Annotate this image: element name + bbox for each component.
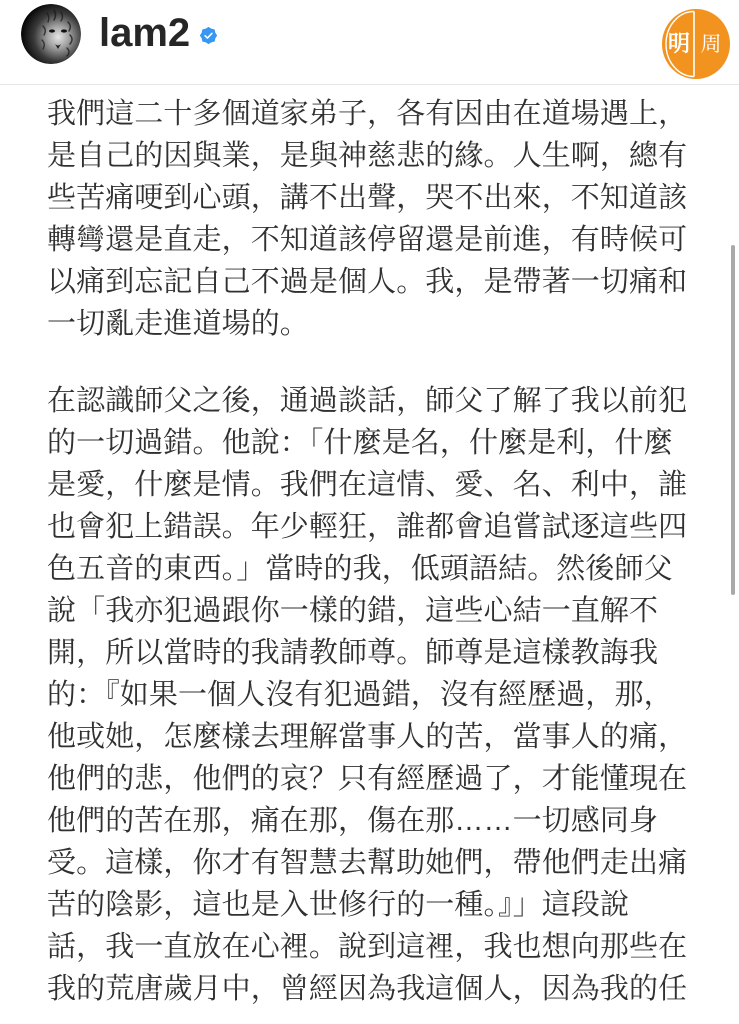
avatar[interactable] [21, 4, 81, 64]
scrollbar-thumb[interactable] [731, 245, 735, 595]
caption-line: 一切亂走進道場的。 [47, 303, 687, 345]
caption-line: 的一切過錯。他說：「什麼是名，什麼是利，什麼 [47, 422, 687, 464]
caption-line: 在認識師父之後，通過談話，師父了解了我以前犯 [47, 380, 687, 422]
caption-line: 開，所以當時的我請教師尊。師尊是這樣教誨我 [47, 632, 687, 674]
verified-badge-icon [200, 27, 217, 44]
instagram-post-view: lam2 明 周 我們這二十多個道家弟子，各有因由在道場遇上， 是自己的因與業，… [0, 0, 739, 1024]
caption-line: 他或她，怎麼樣去理解當事人的苦，當事人的痛， [47, 716, 687, 758]
caption-line: 色五音的東西。」當時的我，低頭語結。然後師父 [47, 548, 687, 590]
brand-watermark-logo: 明 周 [662, 9, 730, 79]
logo-char-right: 周 [701, 33, 722, 56]
caption-line: 他們的苦在那，痛在那，傷在那……一切感同身 [47, 800, 687, 842]
caption-line: 苦的陰影，這也是入世修行的一種。』」這段說 [47, 884, 687, 926]
post-caption: 我們這二十多個道家弟子，各有因由在道場遇上， 是自己的因與業，是與神慈悲的緣。人… [47, 93, 687, 1010]
caption-line: 他們的悲，他們的哀？只有經歷過了，才能懂現在 [47, 758, 687, 800]
header-divider [0, 84, 739, 85]
logo-char-left: 明 [668, 31, 690, 56]
caption-line: 些苦痛哽到心頭，講不出聲，哭不出來，不知道該 [47, 177, 687, 219]
username[interactable]: lam2 [99, 13, 190, 53]
caption-line: 我們這二十多個道家弟子，各有因由在道場遇上， [47, 93, 687, 135]
caption-line: 我的荒唐歲月中，曾經因為我這個人，因為我的任 [47, 968, 687, 1010]
caption-line: 也會犯上錯誤。年少輕狂，誰都會追嘗試逐這些四 [47, 506, 687, 548]
caption-line: 話，我一直放在心裡。說到這裡，我也想向那些在 [47, 926, 687, 968]
tiger-avatar-icon [21, 4, 81, 64]
caption-line: 是自己的因與業，是與神慈悲的緣。人生啊，總有 [47, 135, 687, 177]
caption-paragraph-2: 在認識師父之後，通過談話，師父了解了我以前犯 的一切過錯。他說：「什麼是名，什麼… [47, 380, 687, 1010]
caption-line: 轉彎還是直走，不知道該停留還是前進，有時候可 [47, 219, 687, 261]
caption-line: 的：『如果一個人沒有犯過錯，沒有經歷過，那， [47, 674, 687, 716]
caption-line: 以痛到忘記自己不過是個人。我，是帶著一切痛和 [47, 261, 687, 303]
caption-line: 是愛，什麼是情。我們在這情、愛、名、利中，誰 [47, 464, 687, 506]
caption-line: 受。這樣，你才有智慧去幫助她們，帶他們走出痛 [47, 842, 687, 884]
caption-paragraph-1: 我們這二十多個道家弟子，各有因由在道場遇上， 是自己的因與業，是與神慈悲的緣。人… [47, 93, 687, 345]
caption-line: 說「我亦犯過跟你一樣的錯，這些心結一直解不 [47, 590, 687, 632]
